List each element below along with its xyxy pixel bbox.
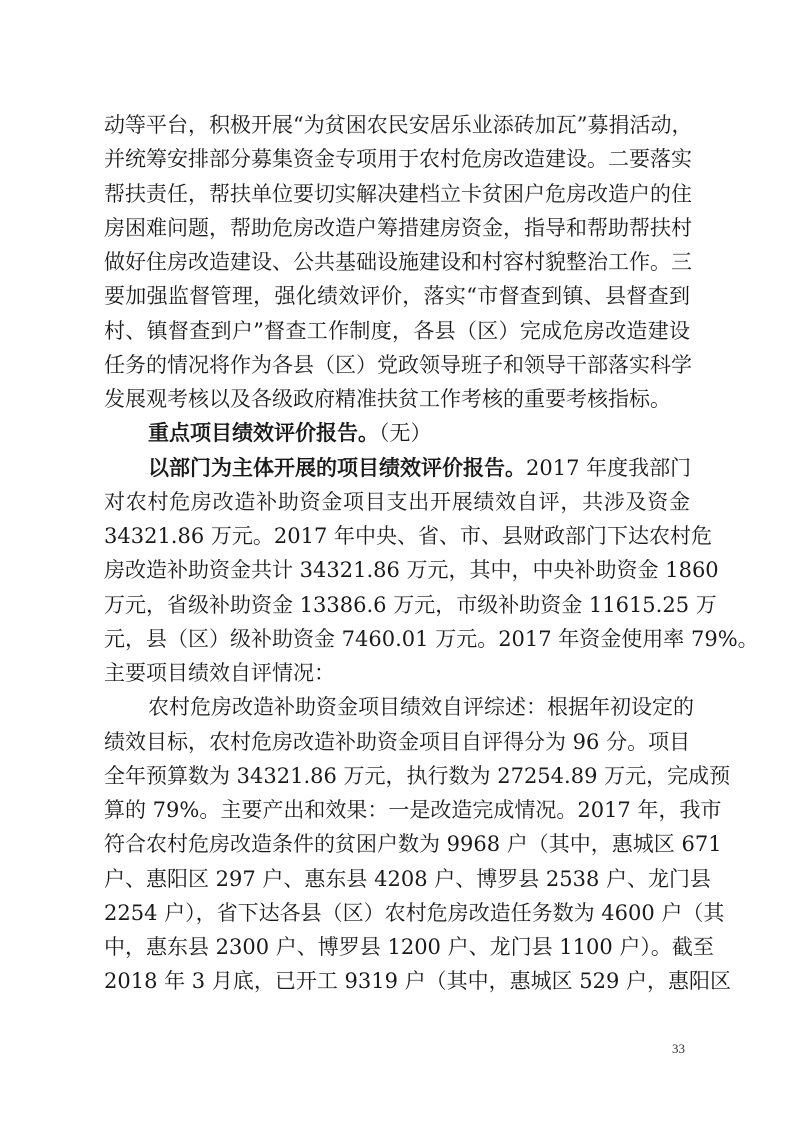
text-line: 主要项目绩效自评情况： xyxy=(104,656,690,690)
text-line: 村、镇督查到户”督查工作制度，各县（区）完成危房改造建设 xyxy=(104,314,690,348)
section-text: 2017 年度我部门 xyxy=(526,456,691,480)
text-line: 户、惠阳区 297 户、惠东县 4208 户、博罗县 2538 户、龙门县 xyxy=(104,862,690,896)
text-line: 并统筹安排部分募集资金专项用于农村危房改造建设。二要落实 xyxy=(104,142,690,176)
text-line: 房改造补助资金共计 34321.86 万元，其中，中央补助资金 1860 xyxy=(104,553,690,587)
text-line: 2254 户），省下达各县（区）农村危房改造任务数为 4600 户（其 xyxy=(104,896,690,930)
text-line: 以部门为主体开展的项目绩效评价报告。2017 年度我部门 xyxy=(104,451,690,485)
document-page: 动等平台，积极开展“为贫困农民安居乐业添砖加瓦”募捐活动， 并统筹安排部分募集资… xyxy=(104,108,690,999)
text-line: 任务的情况将作为各县（区）党政领导班子和领导干部落实科学 xyxy=(104,348,690,382)
text-line: 符合农村危房改造条件的贫困户数为 9968 户（其中，惠城区 671 xyxy=(104,827,690,861)
text-line: 要加强监督管理，强化绩效评价，落实“市督查到镇、县督查到 xyxy=(104,279,690,313)
self-evaluation-paragraph: 农村危房改造补助资金项目绩效自评综述：根据年初设定的 绩效目标，农村危房改造补助… xyxy=(104,690,690,998)
text-line: 做好住房改造建设、公共基础设施建设和村容村貌整治工作。三 xyxy=(104,245,690,279)
text-line: 2018 年 3 月底，已开工 9319 户（其中，惠城区 529 户，惠阳区 xyxy=(104,964,690,998)
text-line: 发展观考核以及各级政府精准扶贫工作考核的重要考核指标。 xyxy=(104,382,690,416)
section-heading: 以部门为主体开展的项目绩效评价报告。 xyxy=(148,455,526,480)
text-line: 全年预算数为 34321.86 万元，执行数为 27254.89 万元，完成预 xyxy=(104,759,690,793)
text-line: 帮扶责任，帮扶单位要切实解决建档立卡贫困户危房改造户的住 xyxy=(104,177,690,211)
text-line: 绩效目标，农村危房改造补助资金项目自评得分为 96 分。项目 xyxy=(104,725,690,759)
text-line: 元，县（区）级补助资金 7460.01 万元。2017 年资金使用率 79%。 xyxy=(104,622,690,656)
text-line: 动等平台，积极开展“为贫困农民安居乐业添砖加瓦”募捐活动， xyxy=(104,108,690,142)
paragraph-measures: 动等平台，积极开展“为贫困农民安居乐业添砖加瓦”募捐活动， 并统筹安排部分募集资… xyxy=(104,108,690,416)
text-line: 对农村危房改造补助资金项目支出开展绩效自评，共涉及资金 xyxy=(104,485,690,519)
section-heading: 重点项目绩效评价报告。 xyxy=(148,420,379,445)
text-line: 中，惠东县 2300 户、博罗县 1200 户、龙门县 1100 户）。截至 xyxy=(104,930,690,964)
text-line: 34321.86 万元。2017 年中央、省、市、县财政部门下达农村危 xyxy=(104,519,690,553)
text-line: 算的 79%。主要产出和效果：一是改造完成情况。2017 年，我市 xyxy=(104,793,690,827)
key-project-report-paragraph: 重点项目绩效评价报告。（无） xyxy=(104,416,690,450)
page-number: 33 xyxy=(672,1041,685,1057)
text-line: 农村危房改造补助资金项目绩效自评综述：根据年初设定的 xyxy=(104,690,690,724)
section-note: （无） xyxy=(379,421,432,445)
text-line: 万元，省级补助资金 13386.6 万元，市级补助资金 11615.25 万 xyxy=(104,588,690,622)
text-line: 房困难问题，帮助危房改造户筹措建房资金，指导和帮助帮扶村 xyxy=(104,211,690,245)
department-evaluation-paragraph: 以部门为主体开展的项目绩效评价报告。2017 年度我部门 对农村危房改造补助资金… xyxy=(104,451,690,691)
